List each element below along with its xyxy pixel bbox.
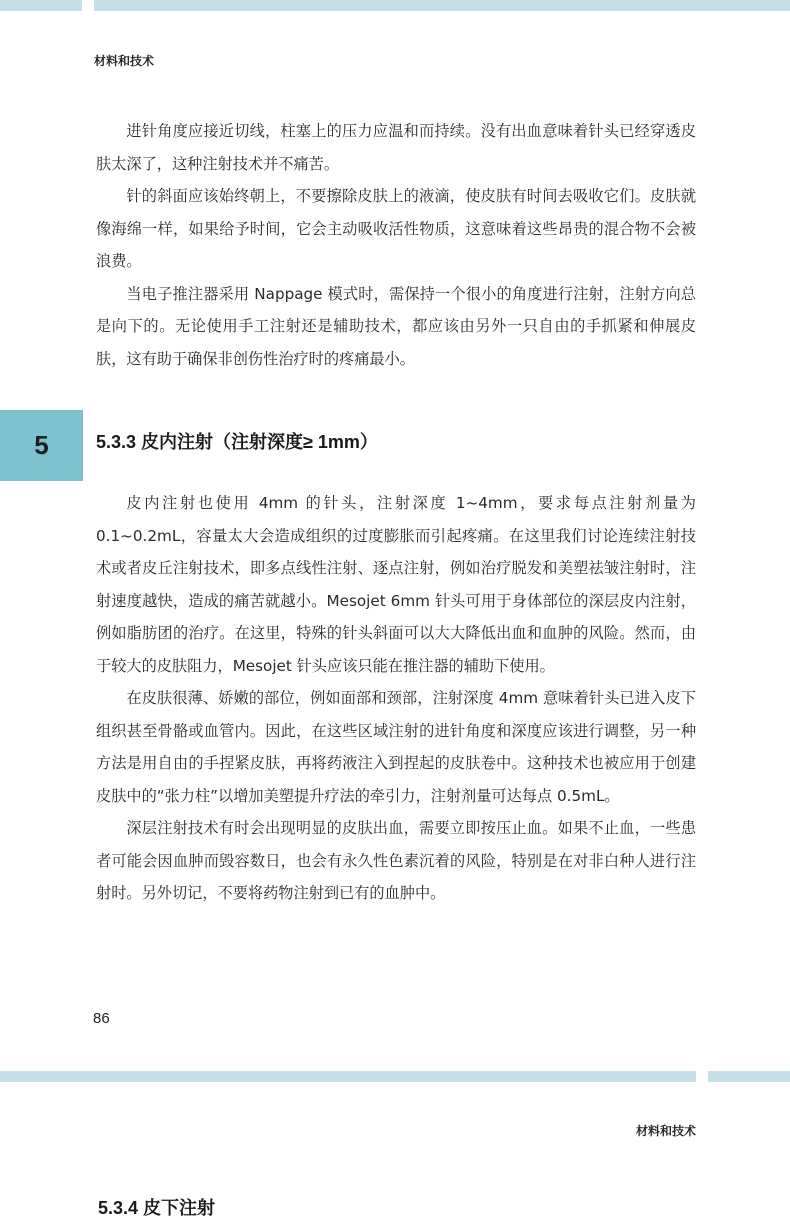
bottom-bar-left bbox=[0, 1071, 696, 1082]
section-top-text: 进针角度应接近切线，柱塞上的压力应温和而持续。没有出血意味着针头已经穿透皮肤太深… bbox=[96, 115, 696, 375]
section-533-text: 皮内注射也使用 4mm 的针头，注射深度 1~4mm，要求每点注射剂量为 0.1… bbox=[96, 487, 696, 910]
paragraph: 皮内注射也使用 4mm 的针头，注射深度 1~4mm，要求每点注射剂量为 0.1… bbox=[96, 487, 696, 682]
chapter-number: 5 bbox=[0, 410, 83, 481]
section-heading: 5.3.3 皮内注射（注射深度≥ 1mm） bbox=[96, 428, 378, 454]
paragraph: 深层注射技术有时会出现明显的皮肤出血，需要立即按压止血。如果不止血，一些患者可能… bbox=[96, 812, 696, 910]
next-section-heading: 5.3.4 皮下注射 bbox=[98, 1194, 215, 1220]
running-title: 材料和技术 bbox=[94, 52, 154, 69]
top-bar-left bbox=[0, 0, 82, 11]
page-number: 86 bbox=[93, 1010, 110, 1027]
next-page-running-title: 材料和技术 bbox=[636, 1122, 696, 1139]
paragraph: 当电子推注器采用 Nappage 模式时，需保持一个很小的角度进行注射，注射方向… bbox=[96, 278, 696, 376]
bottom-bar-right bbox=[708, 1071, 790, 1082]
paragraph: 在皮肤很薄、娇嫩的部位，例如面部和颈部，注射深度 4mm 意味着针头已进入皮下组… bbox=[96, 682, 696, 812]
paragraph: 针的斜面应该始终朝上，不要擦除皮肤上的液滴，使皮肤有时间去吸收它们。皮肤就像海绵… bbox=[96, 180, 696, 278]
top-bar-right bbox=[94, 0, 790, 11]
paragraph: 进针角度应接近切线，柱塞上的压力应温和而持续。没有出血意味着针头已经穿透皮肤太深… bbox=[96, 115, 696, 180]
